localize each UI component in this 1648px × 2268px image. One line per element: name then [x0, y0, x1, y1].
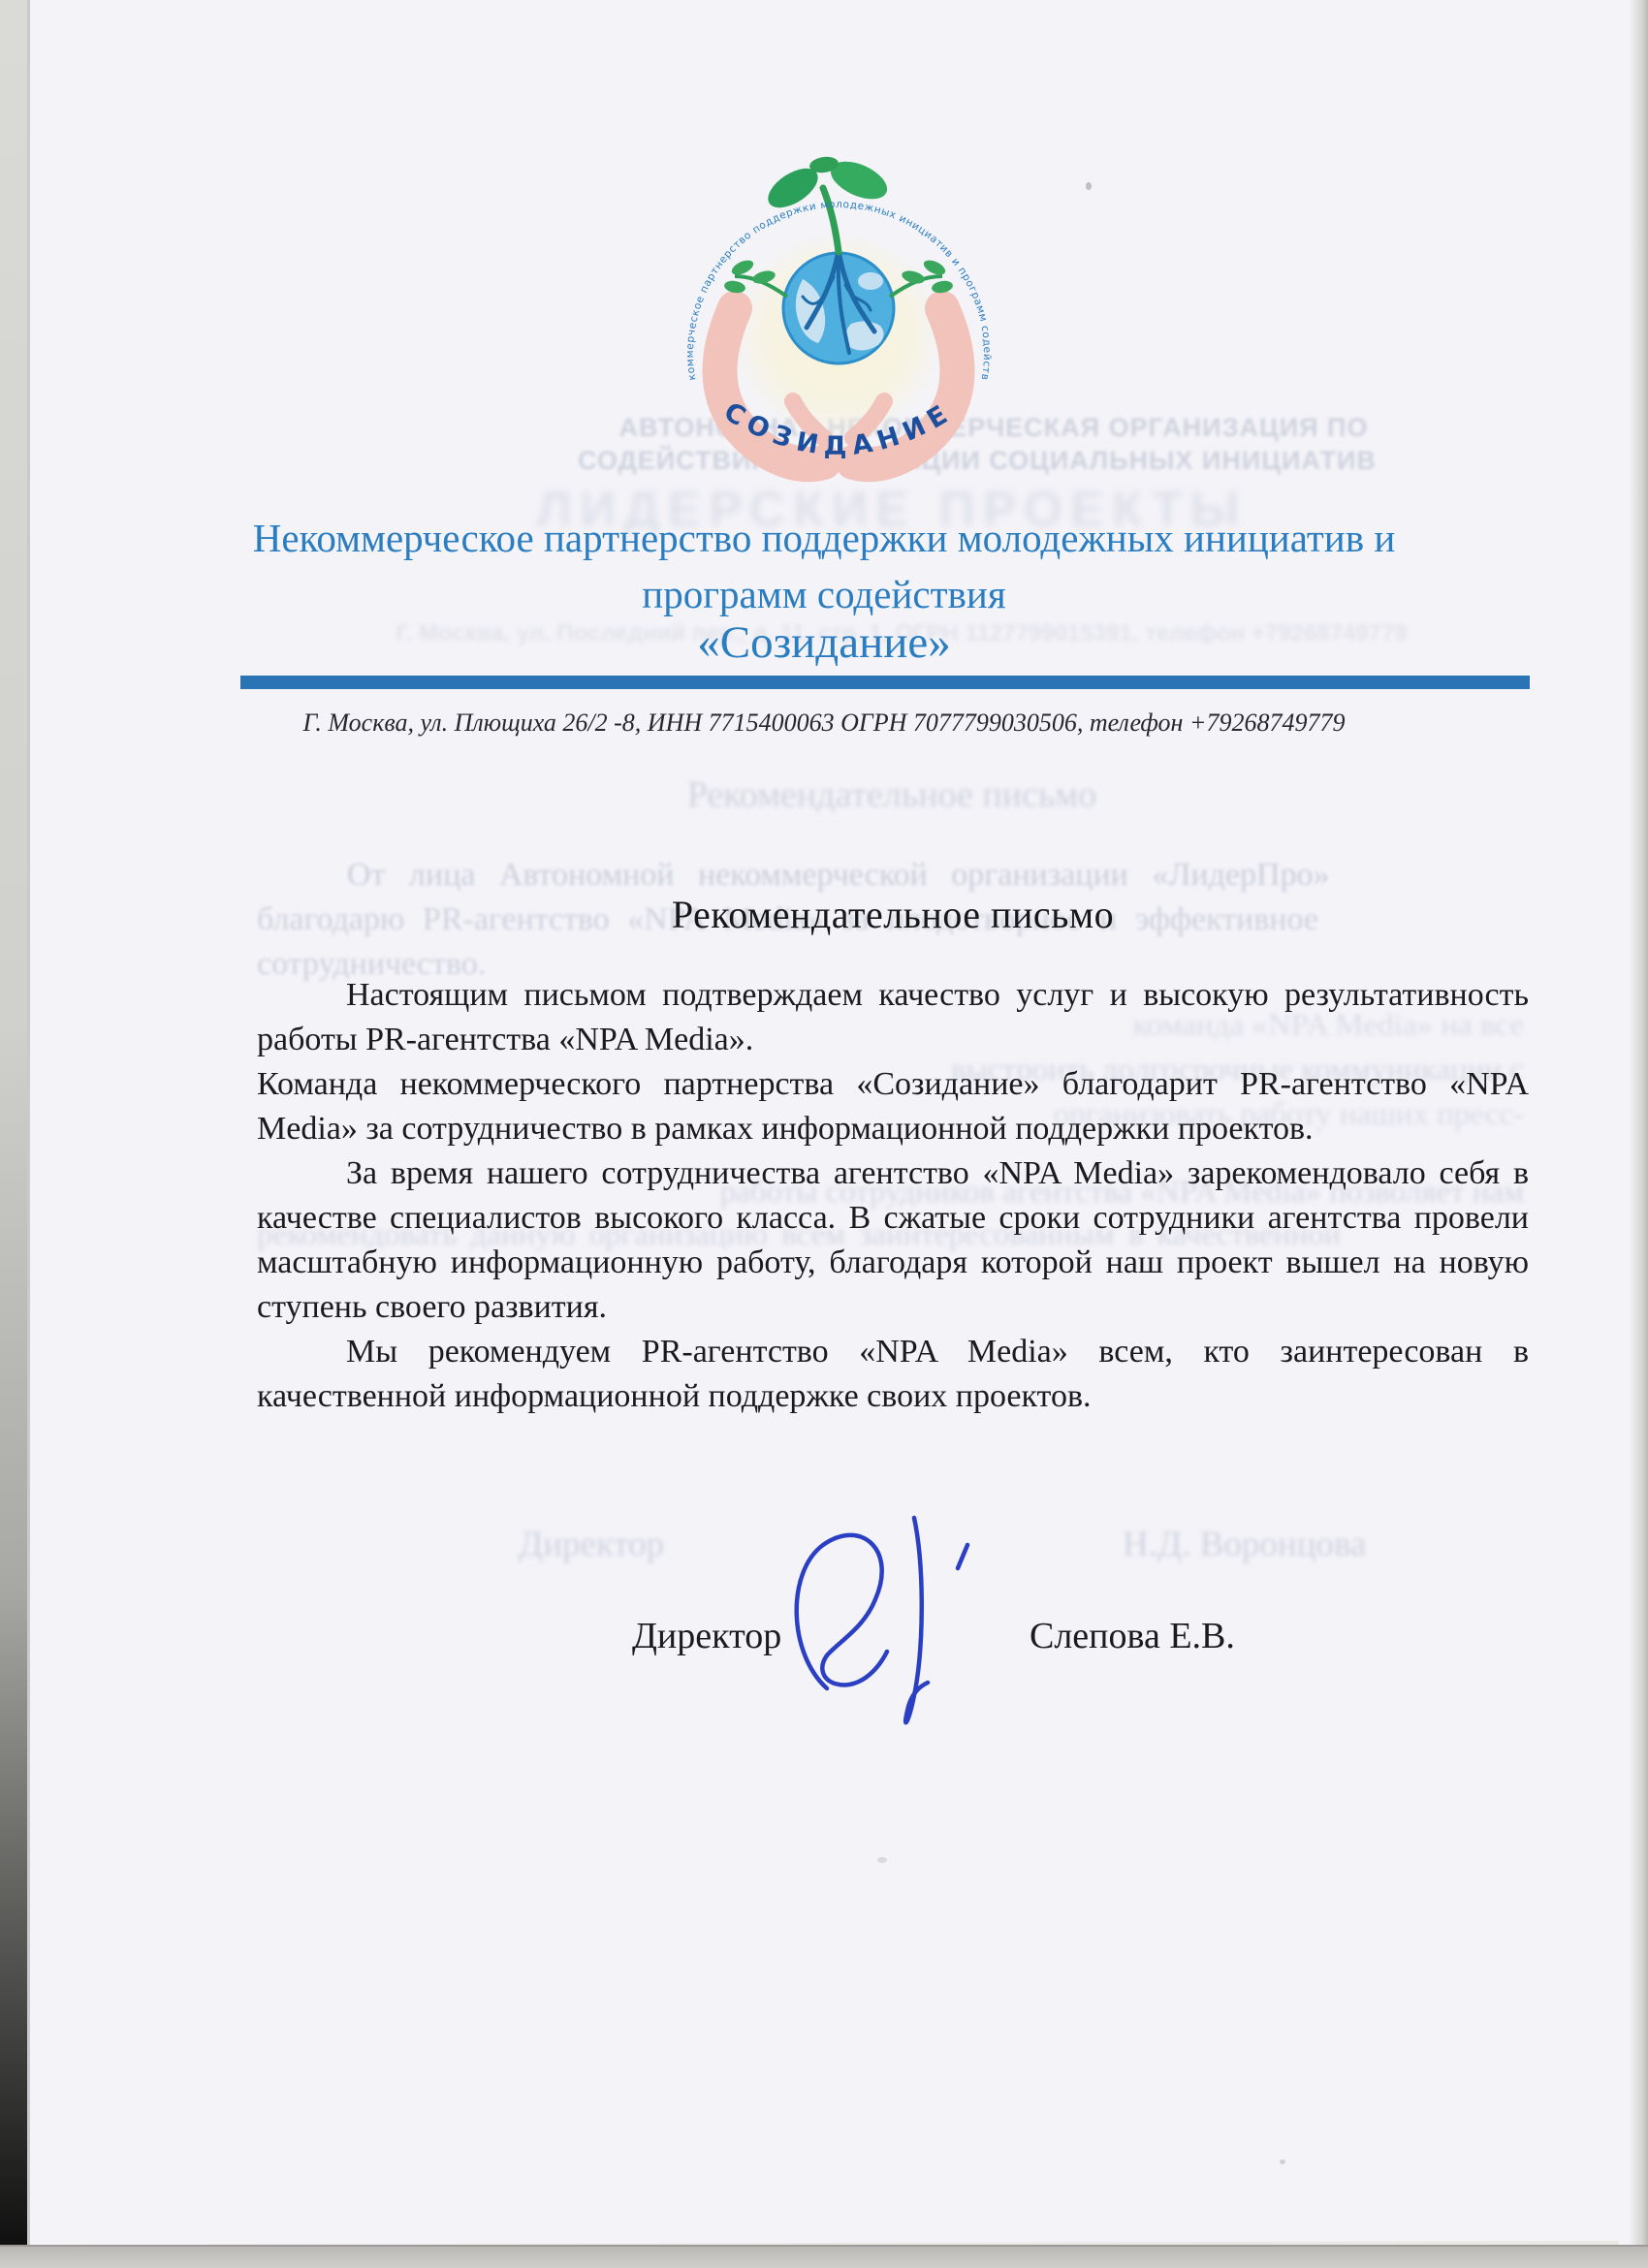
- letter-paragraph: Команда некоммерческого партнерства «Соз…: [257, 1062, 1529, 1151]
- letter-paragraph: За время нашего сотрудничества агентство…: [257, 1151, 1529, 1330]
- signature-name: Слепова Е.В.: [1030, 1615, 1235, 1657]
- letter-title: Рекомендательное письмо: [257, 892, 1529, 937]
- scan-speck: [1086, 182, 1092, 190]
- scan-left-edge: [0, 0, 27, 2268]
- scan-speck: [1280, 2159, 1285, 2164]
- org-short-name: «Созидание»: [179, 616, 1469, 669]
- letter-body: Настоящим письмом подтверждаем качество …: [257, 973, 1529, 1419]
- bleedthrough-text: От лица Автономной некоммерческой органи…: [347, 857, 1526, 894]
- page-left-edge-line: [27, 0, 30, 2268]
- scan-right-edge: [1629, 0, 1648, 2268]
- scanned-letter-page: АВТОНОМНАЯ НЕКОММЕРЧЕСКАЯ ОРГАНИЗАЦИЯ ПО…: [0, 0, 1648, 2268]
- handwritten-signature: [771, 1508, 989, 1746]
- letterhead-address: Г. Москва, ул. Плющиха 26/2 -8, ИНН 7715…: [179, 709, 1469, 738]
- letter-paragraph: Настоящим письмом подтверждаем качество …: [257, 973, 1529, 1062]
- org-name-line: программ содействия: [179, 566, 1469, 622]
- bleedthrough-text: Директор: [519, 1524, 809, 1565]
- org-name: Некоммерческое партнерство поддержки мол…: [179, 510, 1469, 622]
- logo-graphic: « некоммерческое партнерство поддержки м…: [679, 151, 998, 486]
- signature-role-label: Директор: [632, 1615, 781, 1657]
- bleedthrough-text: Рекомендательное письмо: [407, 773, 1377, 816]
- letterhead-rule: [240, 676, 1530, 689]
- org-name-line: Некоммерческое партнерство поддержки мол…: [179, 510, 1469, 566]
- scan-speck: [877, 1857, 887, 1863]
- bleedthrough-text: Н.Д. Воронцова: [1123, 1524, 1510, 1565]
- letter-paragraph: Мы рекомендуем PR-агентство «NPA Media» …: [257, 1330, 1529, 1419]
- scan-bottom-edge: [0, 2245, 1648, 2268]
- org-logo: « некоммерческое партнерство поддержки м…: [679, 151, 998, 490]
